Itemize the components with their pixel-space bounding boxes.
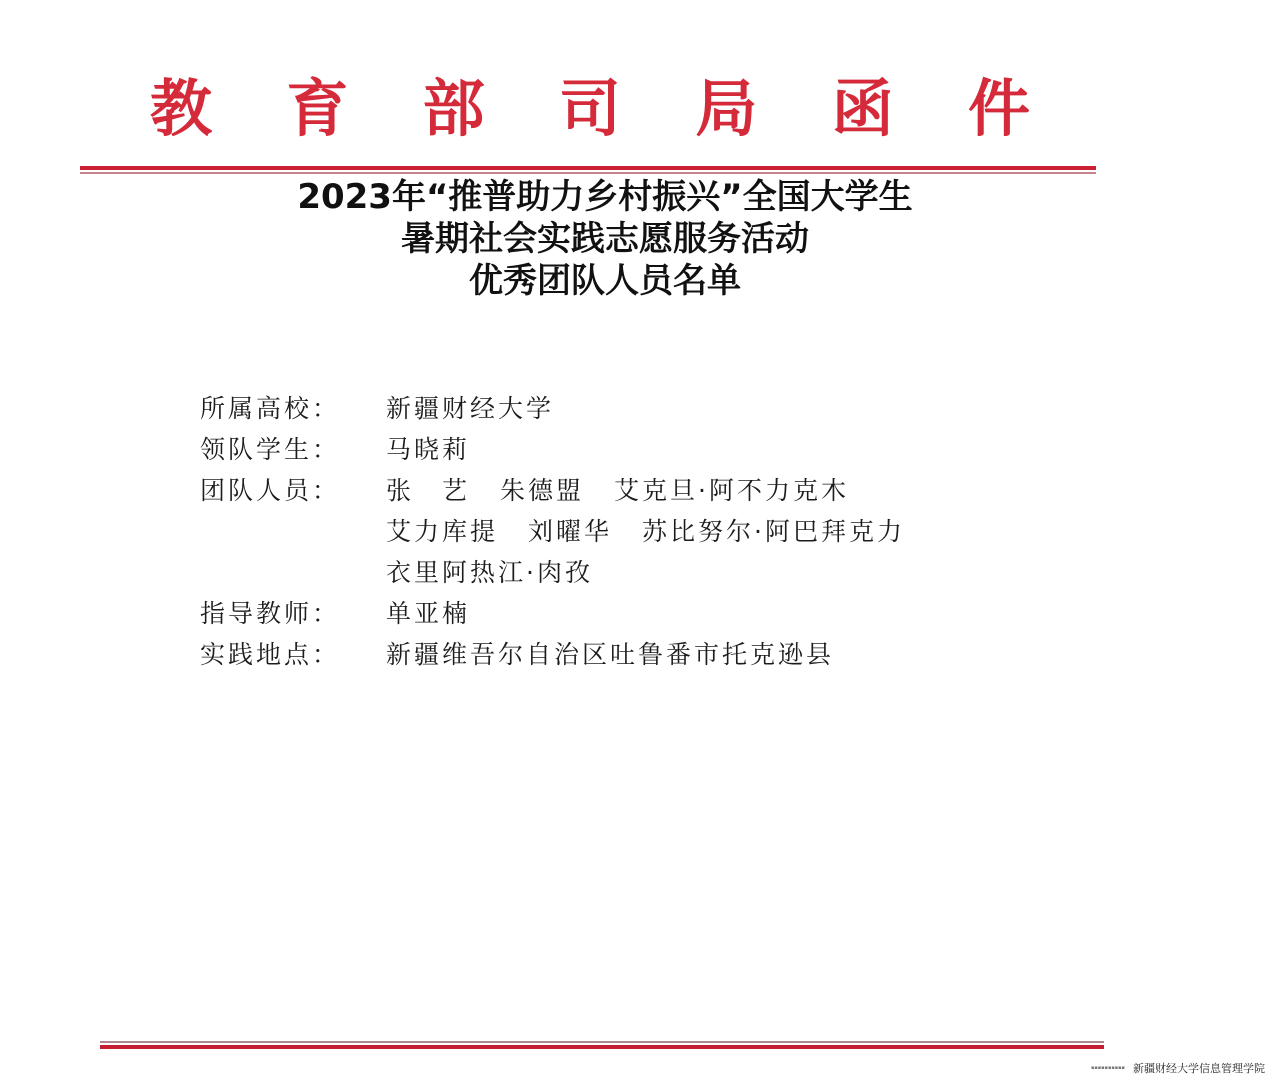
location-label: 实践地点：	[200, 634, 386, 675]
letterhead-char: 函	[832, 78, 894, 140]
letterhead-char: 教	[150, 78, 212, 140]
member-name: 苏比努尔·阿巴拜克力	[642, 511, 905, 552]
document-page: 教 育 部 司 局 函 件 2023年“推普助力乡村振兴”全国大学生 暑期社会实…	[0, 0, 1269, 1080]
letterhead: 教 育 部 司 局 函 件	[150, 78, 1030, 140]
letterhead-char: 部	[423, 78, 485, 140]
info-row-university: 所属高校： 新疆财经大学	[200, 388, 1100, 429]
info-row-leader: 领队学生： 马晓莉	[200, 429, 1100, 470]
member-name: 艾克旦·阿不力克木	[614, 470, 849, 511]
university-label: 所属高校：	[200, 388, 386, 429]
member-name: 张 艺	[386, 470, 470, 511]
members-line: 艾力库提 刘曜华 苏比努尔·阿巴拜克力	[386, 511, 905, 552]
title-line-2: 暑期社会实践志愿服务活动	[0, 218, 1210, 260]
divider-thick-line	[100, 1045, 1104, 1049]
advisor-label: 指导教师：	[200, 593, 386, 634]
location-value: 新疆维吾尔自治区吐鲁番市托克逊县	[386, 634, 834, 675]
members-list: 张 艺 朱德盟 艾克旦·阿不力克木 艾力库提 刘曜华 苏比努尔·阿巴拜克力 衣里…	[386, 470, 905, 593]
title-line-1: 2023年“推普助力乡村振兴”全国大学生	[0, 176, 1210, 218]
letterhead-divider	[80, 166, 1096, 174]
letterhead-char: 司	[559, 78, 621, 140]
members-line: 衣里阿热江·肉孜	[386, 552, 905, 593]
team-info: 所属高校： 新疆财经大学 领队学生： 马晓莉 团队人员： 张 艺 朱德盟 艾克旦…	[200, 388, 1100, 675]
watermark-logo-icon: ▪▪▪▪▪▪▪▪▪▪	[1091, 1065, 1131, 1071]
member-name: 艾力库提	[386, 511, 498, 552]
title-line-3: 优秀团队人员名单	[0, 260, 1210, 302]
info-row-members: 团队人员： 张 艺 朱德盟 艾克旦·阿不力克木 艾力库提 刘曜华 苏比努尔·阿巴…	[200, 470, 1100, 593]
document-title: 2023年“推普助力乡村振兴”全国大学生 暑期社会实践志愿服务活动 优秀团队人员…	[0, 176, 1210, 302]
divider-thin-line	[80, 172, 1096, 174]
info-row-location: 实践地点： 新疆维吾尔自治区吐鲁番市托克逊县	[200, 634, 1100, 675]
letterhead-char: 局	[695, 78, 757, 140]
members-label: 团队人员：	[200, 470, 386, 511]
leader-value: 马晓莉	[386, 429, 470, 470]
footer-divider	[100, 1041, 1104, 1049]
divider-thin-line	[100, 1041, 1104, 1043]
member-name: 刘曜华	[528, 511, 612, 552]
watermark-text: 新疆财经大学信息管理学院	[1133, 1060, 1265, 1076]
watermark: ▪▪▪▪▪▪▪▪▪▪ 新疆财经大学信息管理学院	[1091, 1060, 1265, 1076]
member-name: 朱德盟	[500, 470, 584, 511]
advisor-value: 单亚楠	[386, 593, 470, 634]
member-name: 衣里阿热江·肉孜	[386, 552, 593, 593]
leader-label: 领队学生：	[200, 429, 386, 470]
letterhead-char: 育	[286, 78, 348, 140]
members-line: 张 艺 朱德盟 艾克旦·阿不力克木	[386, 470, 905, 511]
letterhead-char: 件	[968, 78, 1030, 140]
info-row-advisor: 指导教师： 单亚楠	[200, 593, 1100, 634]
university-value: 新疆财经大学	[386, 388, 554, 429]
